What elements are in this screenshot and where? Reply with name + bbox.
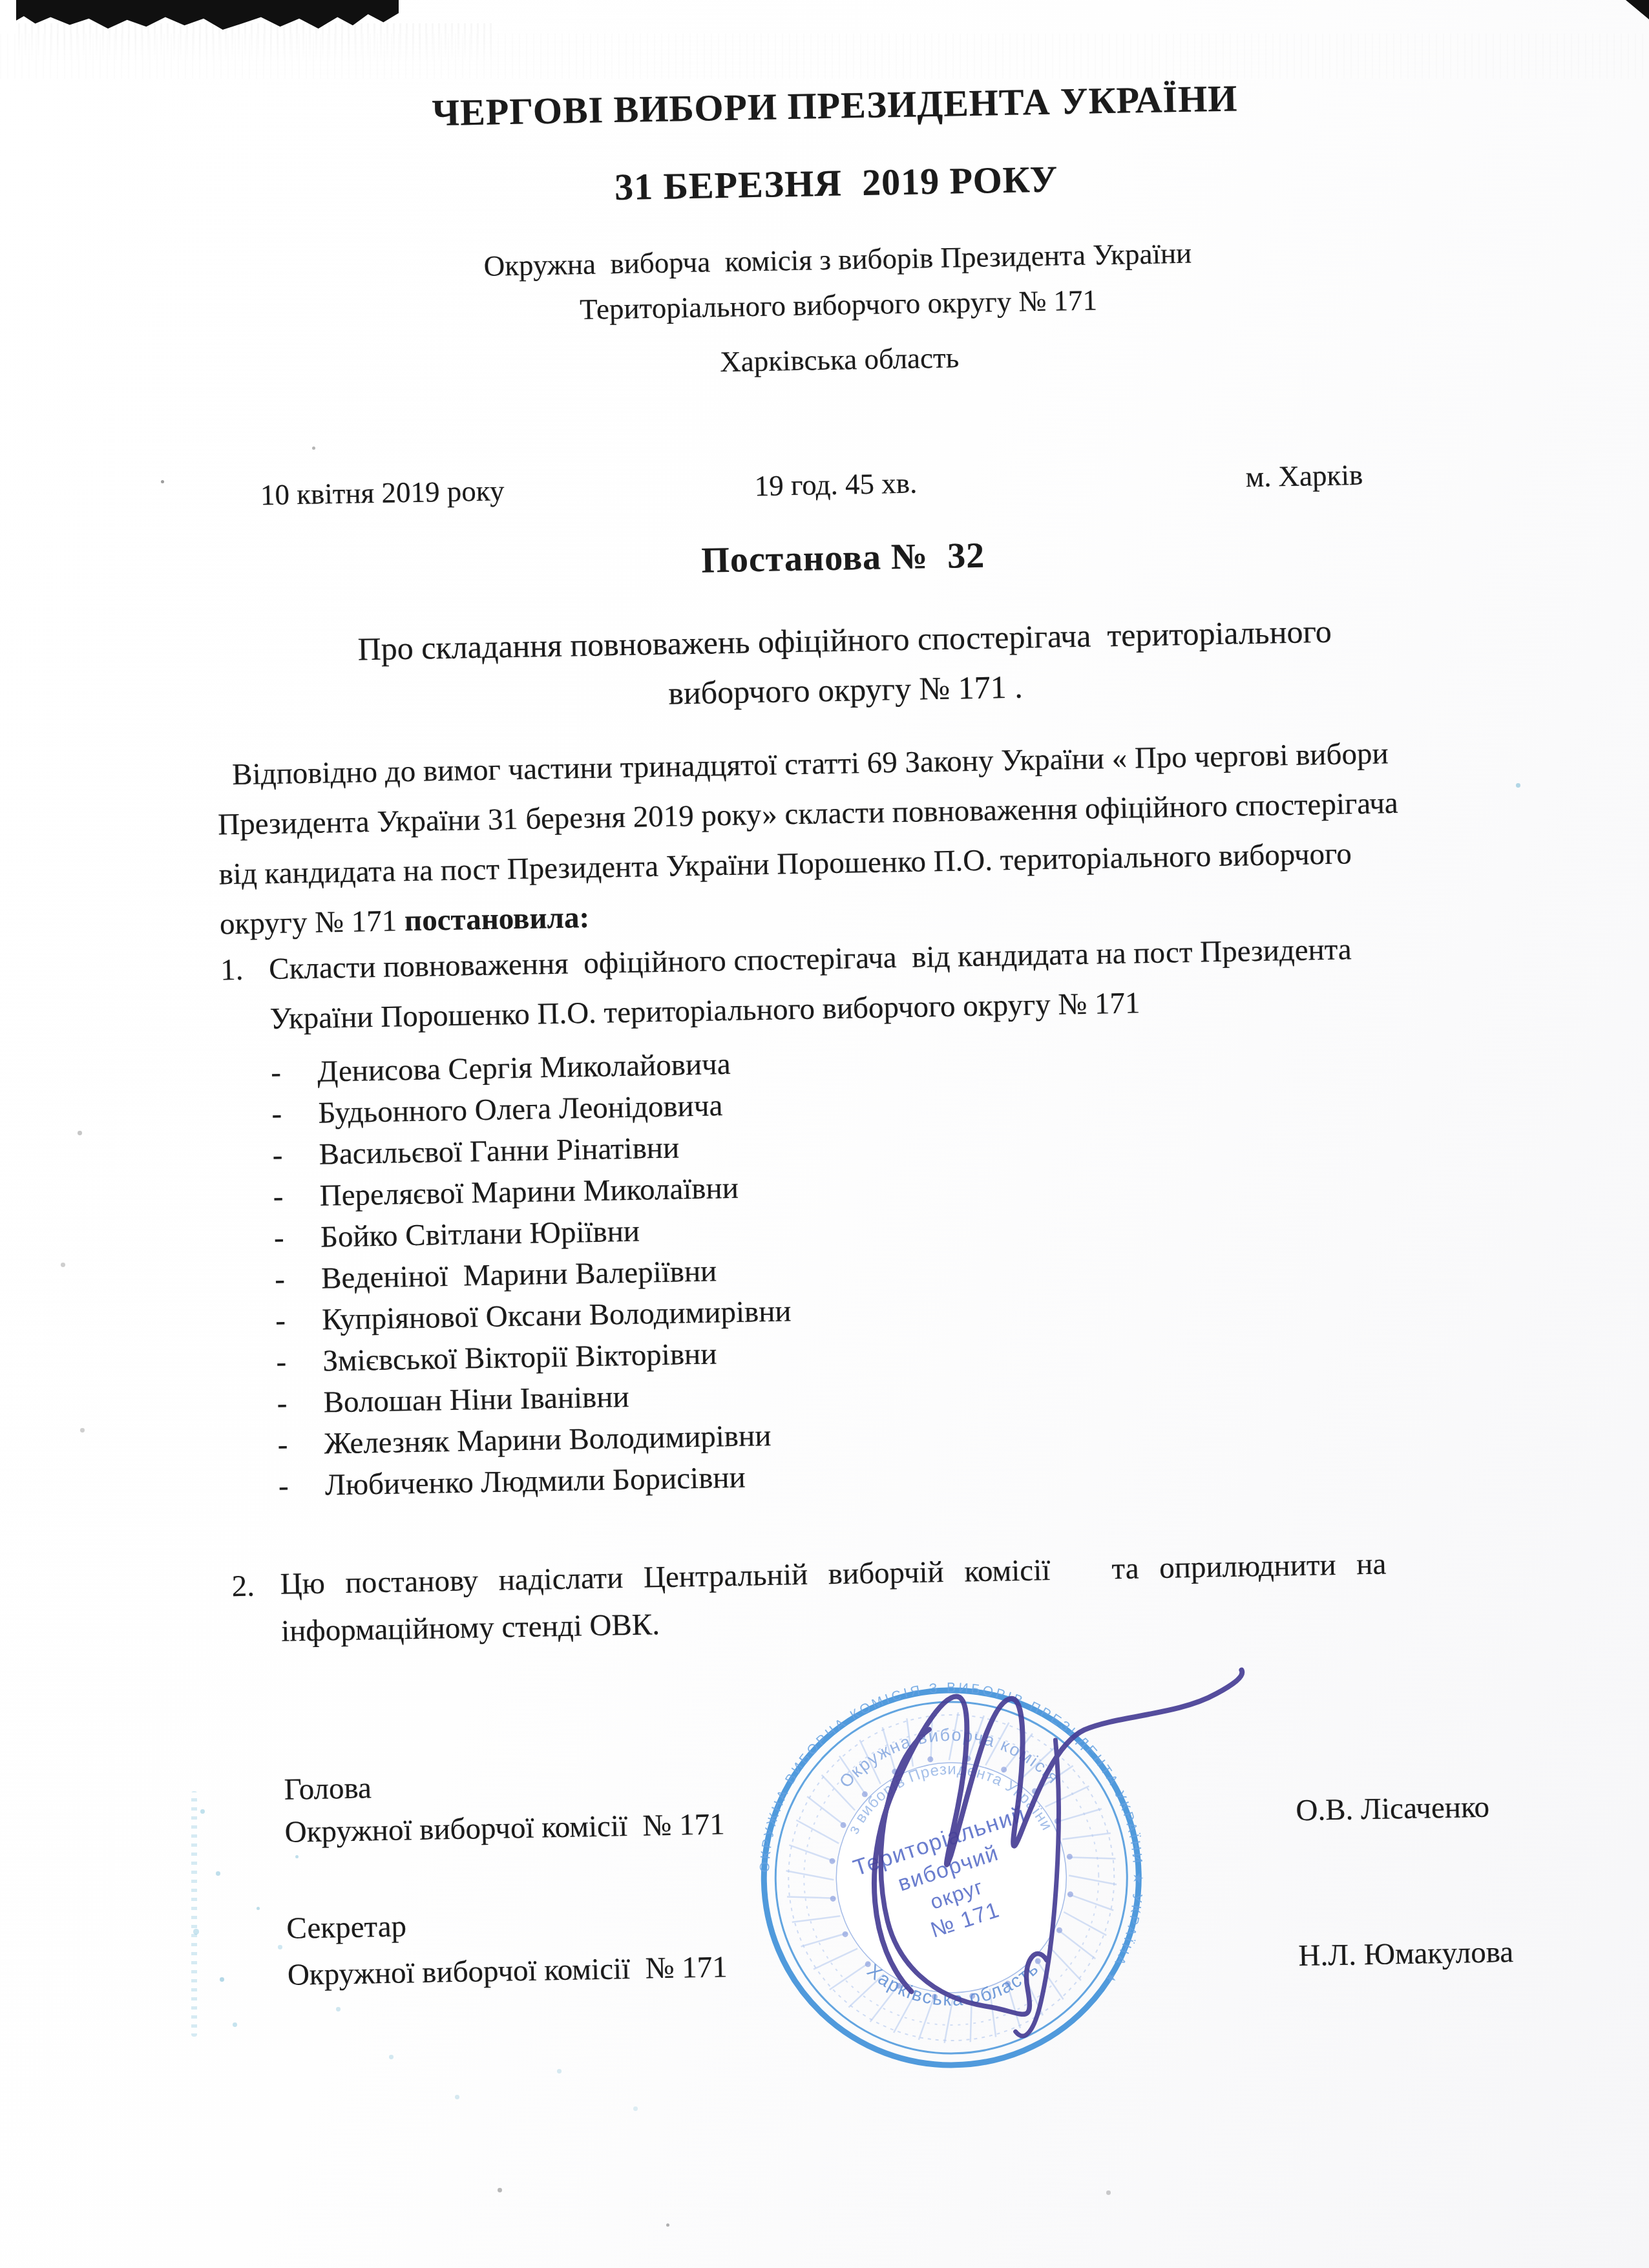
head-role-line2: Окружної виборчої комісії № 171 [284, 1803, 725, 1853]
document-city: м. Харків [1245, 458, 1363, 494]
item2-text: Цю постанову надіслати Центральній вибор… [280, 1541, 1387, 1655]
document-title-line1: ЧЕРГОВІ ВИБОРИ ПРЕЗИДЕНТА УКРАЇНИ [72, 70, 1598, 141]
observer-name: Змієвської Вікторії Вікторівни [322, 1336, 717, 1378]
list-dash: - [277, 1385, 324, 1421]
head-name: О.В. Лісаченко [1296, 1790, 1489, 1828]
scanner-streak-texture [18, 23, 496, 65]
list-dash: - [278, 1468, 326, 1504]
list-dash: - [272, 1137, 319, 1173]
secretary-role-line2: Окружної виборчої комісії № 171 [287, 1946, 728, 1996]
list-dash: - [273, 1179, 320, 1214]
document-page: ЧЕРГОВІ ВИБОРИ ПРЕЗИДЕНТА УКРАЇНИ 31 БЕР… [0, 0, 1649, 2268]
scanned-document: { "doc": { "header": { "line1": "ЧЕРГОВІ… [0, 0, 1649, 2268]
preamble-tail-regular: округу № 171 [220, 904, 405, 941]
observer-name: Васильєвої Ганни Рінатівни [319, 1130, 680, 1171]
observer-name: Веденіної Марини Валеріївни [321, 1254, 717, 1296]
list-dash: - [275, 1261, 322, 1297]
observer-name: Денисова Сергія Миколайовича [317, 1047, 731, 1089]
list-dash: - [271, 1096, 319, 1131]
list-dash: - [273, 1220, 320, 1255]
document-date: 10 квітня 2019 року [260, 474, 504, 512]
scan-noise-speckles [0, 0, 2, 2]
list-dash: - [271, 1055, 318, 1090]
list-dash: - [277, 1427, 324, 1462]
observer-name: Железняк Марини Володимирівни [324, 1418, 771, 1462]
item1-number: 1. [220, 945, 244, 996]
head-role-line1: Голова [284, 1767, 372, 1811]
resolution-title: Постанова № 32 [80, 523, 1606, 593]
observer-name: Купріянової Оксани Володимирівни [322, 1294, 792, 1337]
region-name: Харківська область [77, 329, 1602, 390]
handwritten-signature [828, 1662, 1287, 2071]
document-time: 19 год. 45 хв. [754, 467, 917, 503]
observers-list: - Денисова Сергія Миколайовича - Будьонн… [271, 1042, 795, 1507]
observer-name: Переляєвої Марини Миколаївни [319, 1171, 739, 1213]
preamble: Відповідно до вимог частини тринадцятої … [216, 729, 1400, 899]
signature-ink-graphic [828, 1662, 1287, 2071]
observer-name: Будьонного Олега Леонідовича [318, 1088, 723, 1130]
list-dash: - [275, 1303, 322, 1338]
item2-number: 2. [231, 1562, 255, 1612]
observer-name: Волошан Ніни Іванівни [323, 1380, 629, 1420]
item1-text: Скласти повноваження офіційного спостері… [269, 925, 1353, 1044]
list-dash: - [276, 1344, 323, 1380]
observer-name: Любиченко Людмили Борисівни [324, 1460, 746, 1503]
scan-cyan-streak [191, 1791, 197, 2037]
observer-row: - Любиченко Людмили Борисівни [278, 1456, 794, 1507]
secretary-role-line1: Секретар [286, 1905, 407, 1949]
secretary-name: Н.Л. Юмакулова [1298, 1935, 1514, 1973]
document-title-line2: 31 БЕРЕЗНЯ 2019 РОКУ [74, 147, 1599, 218]
preamble-tail-bold: постановила: [404, 901, 590, 938]
observer-name: Бойко Світлани Юріївни [320, 1214, 640, 1255]
